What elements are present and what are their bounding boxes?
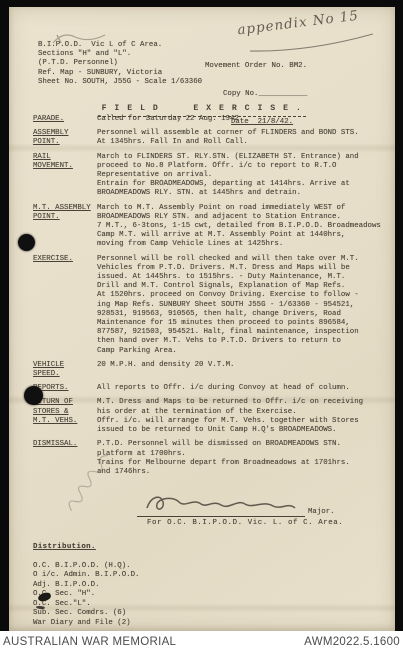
section-body: Personnel will assemble at corner of FLI…: [97, 129, 359, 147]
sections: PARADE.Called for Saturday 22 Aug. 1942.…: [33, 115, 389, 477]
section-assembly-point: ASSEMBLY POINT.Personnel will assemble a…: [33, 129, 389, 147]
distribution-list: O.C. B.I.P.O.D. (H.Q).O i/c. Admin. B.I.…: [33, 562, 389, 629]
section-body: P.T.D. Personnel will be dismissed on BR…: [97, 440, 350, 477]
distribution-item: O.C. Sec."L".: [33, 600, 389, 610]
section-body: 20 M.P.H. and density 20 V.T.M.: [97, 361, 235, 379]
section-body: March to M.T. Assembly Point on road imm…: [97, 204, 381, 250]
signature-scrawl: [143, 490, 299, 516]
section-reports: REPORTS.All reports to Offr. i/c during …: [33, 384, 389, 393]
order-body: PARADE.Called for Saturday 22 Aug. 1942.…: [33, 115, 389, 628]
section-vehicle-speed: VEHICLE SPEED.20 M.P.H. and density 20 V…: [33, 361, 389, 379]
awm-caption-bar: AUSTRALIAN WAR MEMORIAL AWM2022.5.1600: [0, 631, 403, 653]
section-label: M.T. ASSEMBLY POINT.: [33, 204, 91, 250]
section-label: RETURN OF STORES & M.T. VEHS.: [33, 398, 91, 435]
scanned-document-viewer: appendix No 15 B.I.P.O.D. Vic L of C Are…: [0, 0, 403, 653]
distribution-block: Distribution. O.C. B.I.P.O.D. (H.Q).O i/…: [33, 543, 389, 628]
section-label: PARADE.: [33, 115, 91, 124]
distribution-item: War Diary and File (2): [33, 619, 389, 629]
section-body: March to FLINDERS ST. RLY.STN. (ELIZABET…: [97, 153, 359, 199]
distribution-item: O.C. B.I.P.O.D. (H.Q).: [33, 562, 389, 572]
title-word-field: F I E L D: [102, 104, 160, 113]
section-body: All reports to Offr. i/c during Convoy a…: [97, 384, 350, 393]
header-line: B.I.P.O.D. Vic L of C Area.: [38, 41, 202, 50]
section-label: EXERCISE.: [33, 255, 91, 356]
handwritten-appendix-note: appendix No 15: [236, 8, 359, 39]
header-line: (P.T.D. Personnel): [38, 59, 202, 68]
section-rail-movement: RAIL MOVEMENT.March to FLINDERS ST. RLY.…: [33, 153, 389, 199]
document-title: F I E L DE X E R C I S E .: [9, 97, 395, 117]
section-label: VEHICLE SPEED.: [33, 361, 91, 379]
signature-rank: Major.: [308, 508, 335, 517]
signature-area: Major. For O.C. B.I.P.O.D. Vic. L. of C.…: [137, 490, 389, 528]
distribution-item: O i/c. Admin. B.I.P.O.D.: [33, 571, 389, 581]
signature-for-line: For O.C. B.I.P.O.D. Vic. L. of C. Area.: [147, 519, 389, 528]
section-mt-assembly-point: M.T. ASSEMBLY POINT.March to M.T. Assemb…: [33, 204, 389, 250]
distribution-item: O.C. Sec. "H".: [33, 590, 389, 600]
section-exercise: EXERCISE.Personnel will be roll checked …: [33, 255, 389, 356]
signature-line: [137, 490, 305, 517]
accession-number: AWM2022.5.1600: [304, 636, 400, 648]
section-label: ASSEMBLY POINT.: [33, 129, 91, 147]
section-return-of-stores: RETURN OF STORES & M.T. VEHS.M.T. Dress …: [33, 398, 389, 435]
hole-punch: [24, 386, 43, 405]
distribution-heading: Distribution.: [33, 543, 389, 552]
document-page: appendix No 15 B.I.P.O.D. Vic L of C Are…: [9, 7, 395, 631]
distribution-item: Adj. B.I.P.O.D.: [33, 581, 389, 591]
header-unit-block: B.I.P.O.D. Vic L of C Area.Sections "H" …: [38, 41, 202, 87]
hole-punch: [18, 234, 35, 251]
distribution-item: Sub. Sec. Comdrs. (6): [33, 609, 389, 619]
movement-order-line: Movement Order No. BM2.: [205, 62, 307, 71]
institution-name: AUSTRALIAN WAR MEMORIAL: [3, 636, 176, 648]
section-body: Called for Saturday 22 Aug. 1942.: [97, 115, 243, 124]
title-word-exercise: E X E R C I S E .: [193, 104, 302, 113]
appendix-note-text: appendix No 15: [236, 8, 359, 39]
section-label: RAIL MOVEMENT.: [33, 153, 91, 199]
header-line: Sheet No. SOUTH, J55G - Scale 1/63360: [38, 78, 202, 87]
section-body: M.T. Dress and Maps to be returned to Of…: [97, 398, 363, 435]
header-line: Ref. Map - SUNBURY, Victoria: [38, 69, 202, 78]
section-body: Personnel will be roll checked and will …: [97, 255, 359, 356]
section-parade: PARADE.Called for Saturday 22 Aug. 1942.: [33, 115, 389, 124]
